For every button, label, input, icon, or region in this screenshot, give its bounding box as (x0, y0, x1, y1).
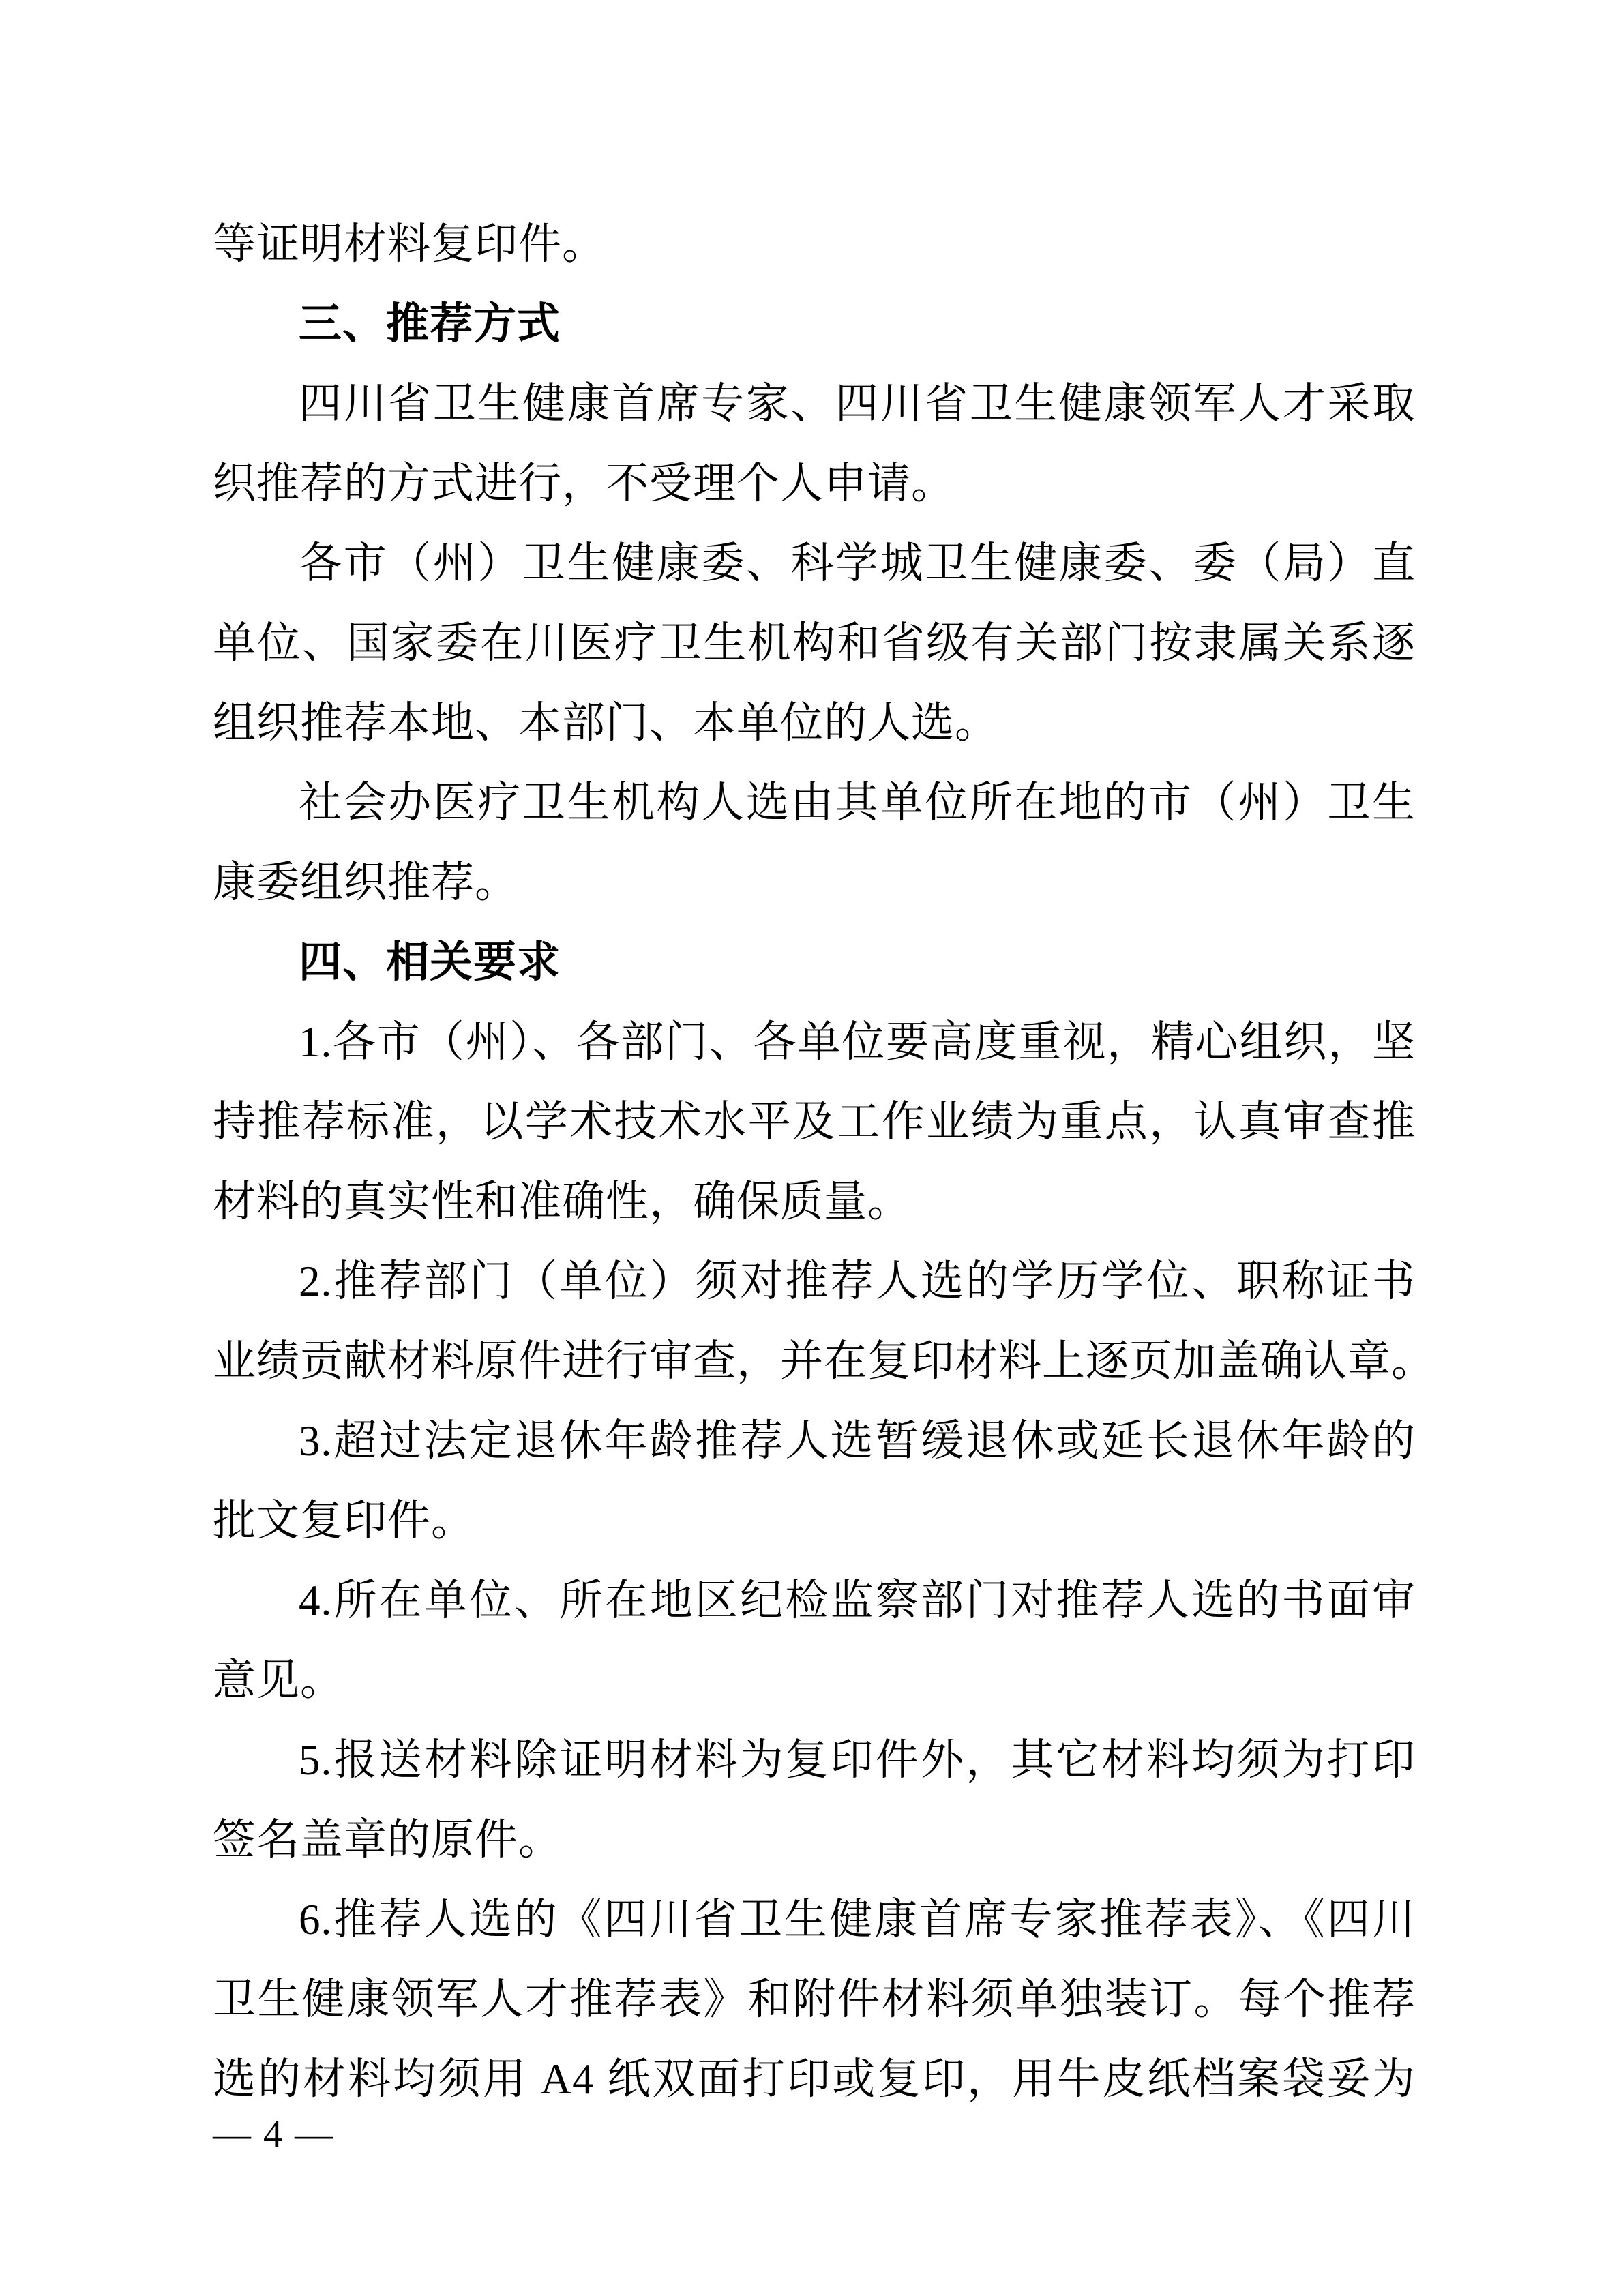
doc-line: 社会办医疗卫生机构人选由其单位所在地的市（州）卫生健 (213, 763, 1416, 843)
document-page: 等证明材料复印件。三、推荐方式四川省卫生健康首席专家、四川省卫生健康领军人才采取… (0, 0, 1623, 2296)
doc-line: 1.各市（州）、各部门、各单位要高度重视，精心组织，坚 (213, 1002, 1416, 1082)
doc-line: 单位、国家委在川医疗卫生机构和省级有关部门按隶属关系逐级 (213, 603, 1416, 683)
page-number: — 4 — (213, 2113, 334, 2156)
doc-line: 意见。 (213, 1641, 1416, 1720)
doc-line: 各市（州）卫生健康委、科学城卫生健康委、委（局）直属 (213, 524, 1416, 603)
doc-line: 卫生健康领军人才推荐表》和附件材料须单独装订。每个推荐人 (213, 1960, 1416, 2040)
doc-line: 业绩贡献材料原件进行审查，并在复印材料上逐页加盖确认章。 (213, 1322, 1416, 1401)
section-heading: 三、推荐方式 (213, 284, 1416, 364)
doc-line: 康委组织推荐。 (213, 843, 1416, 923)
doc-line: 组织推荐本地、本部门、本单位的人选。 (213, 683, 1416, 763)
doc-line: 2.推荐部门（单位）须对推荐人选的学历学位、职称证书和 (213, 1242, 1416, 1322)
doc-line: 6.推荐人选的《四川省卫生健康首席专家推荐表》、《四川省 (213, 1880, 1416, 1960)
doc-line: 4.所在单位、所在地区纪检监察部门对推荐人选的书面审查 (213, 1561, 1416, 1641)
doc-line: 5.报送材料除证明材料为复印件外，其它材料均须为打印且 (213, 1720, 1416, 1800)
doc-line: 四川省卫生健康首席专家、四川省卫生健康领军人才采取组 (213, 364, 1416, 444)
doc-line: 批文复印件。 (213, 1481, 1416, 1561)
doc-line: 签名盖章的原件。 (213, 1800, 1416, 1880)
document-body: 等证明材料复印件。三、推荐方式四川省卫生健康首席专家、四川省卫生健康领军人才采取… (213, 205, 1416, 2119)
doc-line: 3.超过法定退休年龄推荐人选暂缓退休或延长退休年龄的 (213, 1401, 1416, 1481)
doc-line: 选的材料均须用 A4 纸双面打印或复印，用牛皮纸档案袋妥为包 (213, 2040, 1416, 2119)
doc-line: 材料的真实性和准确性，确保质量。 (213, 1162, 1416, 1242)
doc-line: 等证明材料复印件。 (213, 205, 1416, 284)
doc-line: 持推荐标准，以学术技术水平及工作业绩为重点，认真审查推荐 (213, 1082, 1416, 1162)
section-heading: 四、相关要求 (213, 923, 1416, 1002)
doc-line: 织推荐的方式进行，不受理个人申请。 (213, 444, 1416, 524)
